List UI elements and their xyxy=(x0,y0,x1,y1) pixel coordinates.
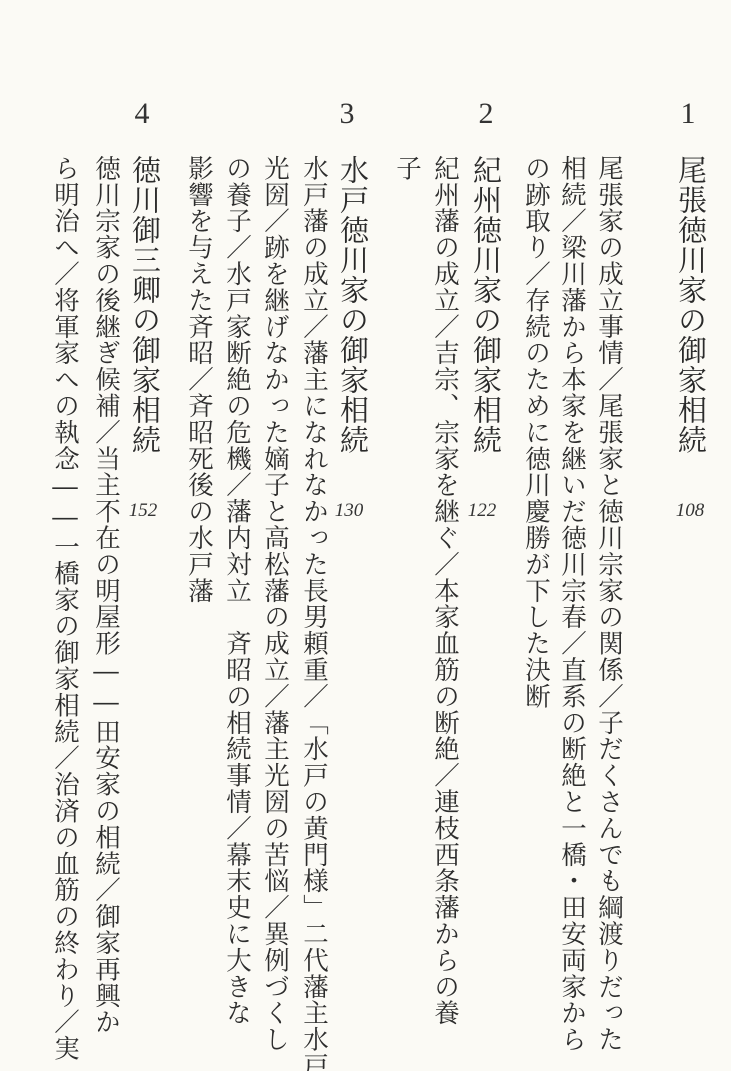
chapter-3-title[interactable]: 水戸徳川家の御家相続 xyxy=(333,155,367,455)
chapter-4-page: 152 xyxy=(113,500,173,522)
chapter-3-line-1: 水戸藩の成立／藩主になれなかった長男頼重／「水戸の黄門様」二代藩主水戸 xyxy=(296,155,326,1035)
chapter-4-title[interactable]: 徳川御三卿の御家相続 xyxy=(125,155,159,455)
chapter-3-line-4: 影響を与えた斉昭／斉昭死後の水戸藩 xyxy=(181,155,211,1035)
chapter-1-title[interactable]: 尾張徳川家の御家相続 xyxy=(671,155,705,455)
chapter-1-page: 108 xyxy=(660,500,720,522)
chapter-1-number: 1 xyxy=(668,96,708,132)
chapter-3-line-2: 光圀／跡を継げなかった嫡子と高松藩の成立／藩主光圀の苦悩／異例づくし xyxy=(257,155,287,1035)
chapter-1-line-1: 尾張家の成立事情／尾張家と徳川宗家の関係／子だくさんでも綱渡りだった xyxy=(591,155,621,1035)
chapter-1-line-2: 相続／梁川藩から本家を継いだ徳川宗春／直系の断絶と一橋・田安両家から xyxy=(554,155,584,1035)
chapter-2-title[interactable]: 紀州徳川家の御家相続 xyxy=(466,155,500,455)
chapter-2-line-2: 子 xyxy=(389,155,419,1035)
toc-page: 1 尾張徳川家の御家相続 108 尾張家の成立事情／尾張家と徳川宗家の関係／子だ… xyxy=(0,0,731,1071)
chapter-4-line-1: 徳川宗家の後継ぎ候補／当主不在の明屋形――田安家の相続／御家再興か xyxy=(88,155,118,1035)
chapter-2-number: 2 xyxy=(466,96,506,132)
chapter-2-page: 122 xyxy=(452,500,512,522)
chapter-1-line-3: の跡取り／存続のために徳川慶勝が下した決断 xyxy=(518,155,548,1035)
chapter-3-number: 3 xyxy=(327,96,367,132)
chapter-2-line-1: 紀州藩の成立／吉宗、宗家を継ぐ／本家血筋の断絶／連枝西条藩からの養 xyxy=(427,155,457,1035)
chapter-4-line-2: ら明治へ／将軍家への執念――一橋家の御家相続／治済の血筋の終わり／実 xyxy=(47,155,77,1035)
chapter-3-line-3: の養子／水戸家断絶の危機／藩内対立 斉昭の相続事情／幕末史に大きな xyxy=(219,155,249,1035)
chapter-4-number: 4 xyxy=(122,96,162,132)
